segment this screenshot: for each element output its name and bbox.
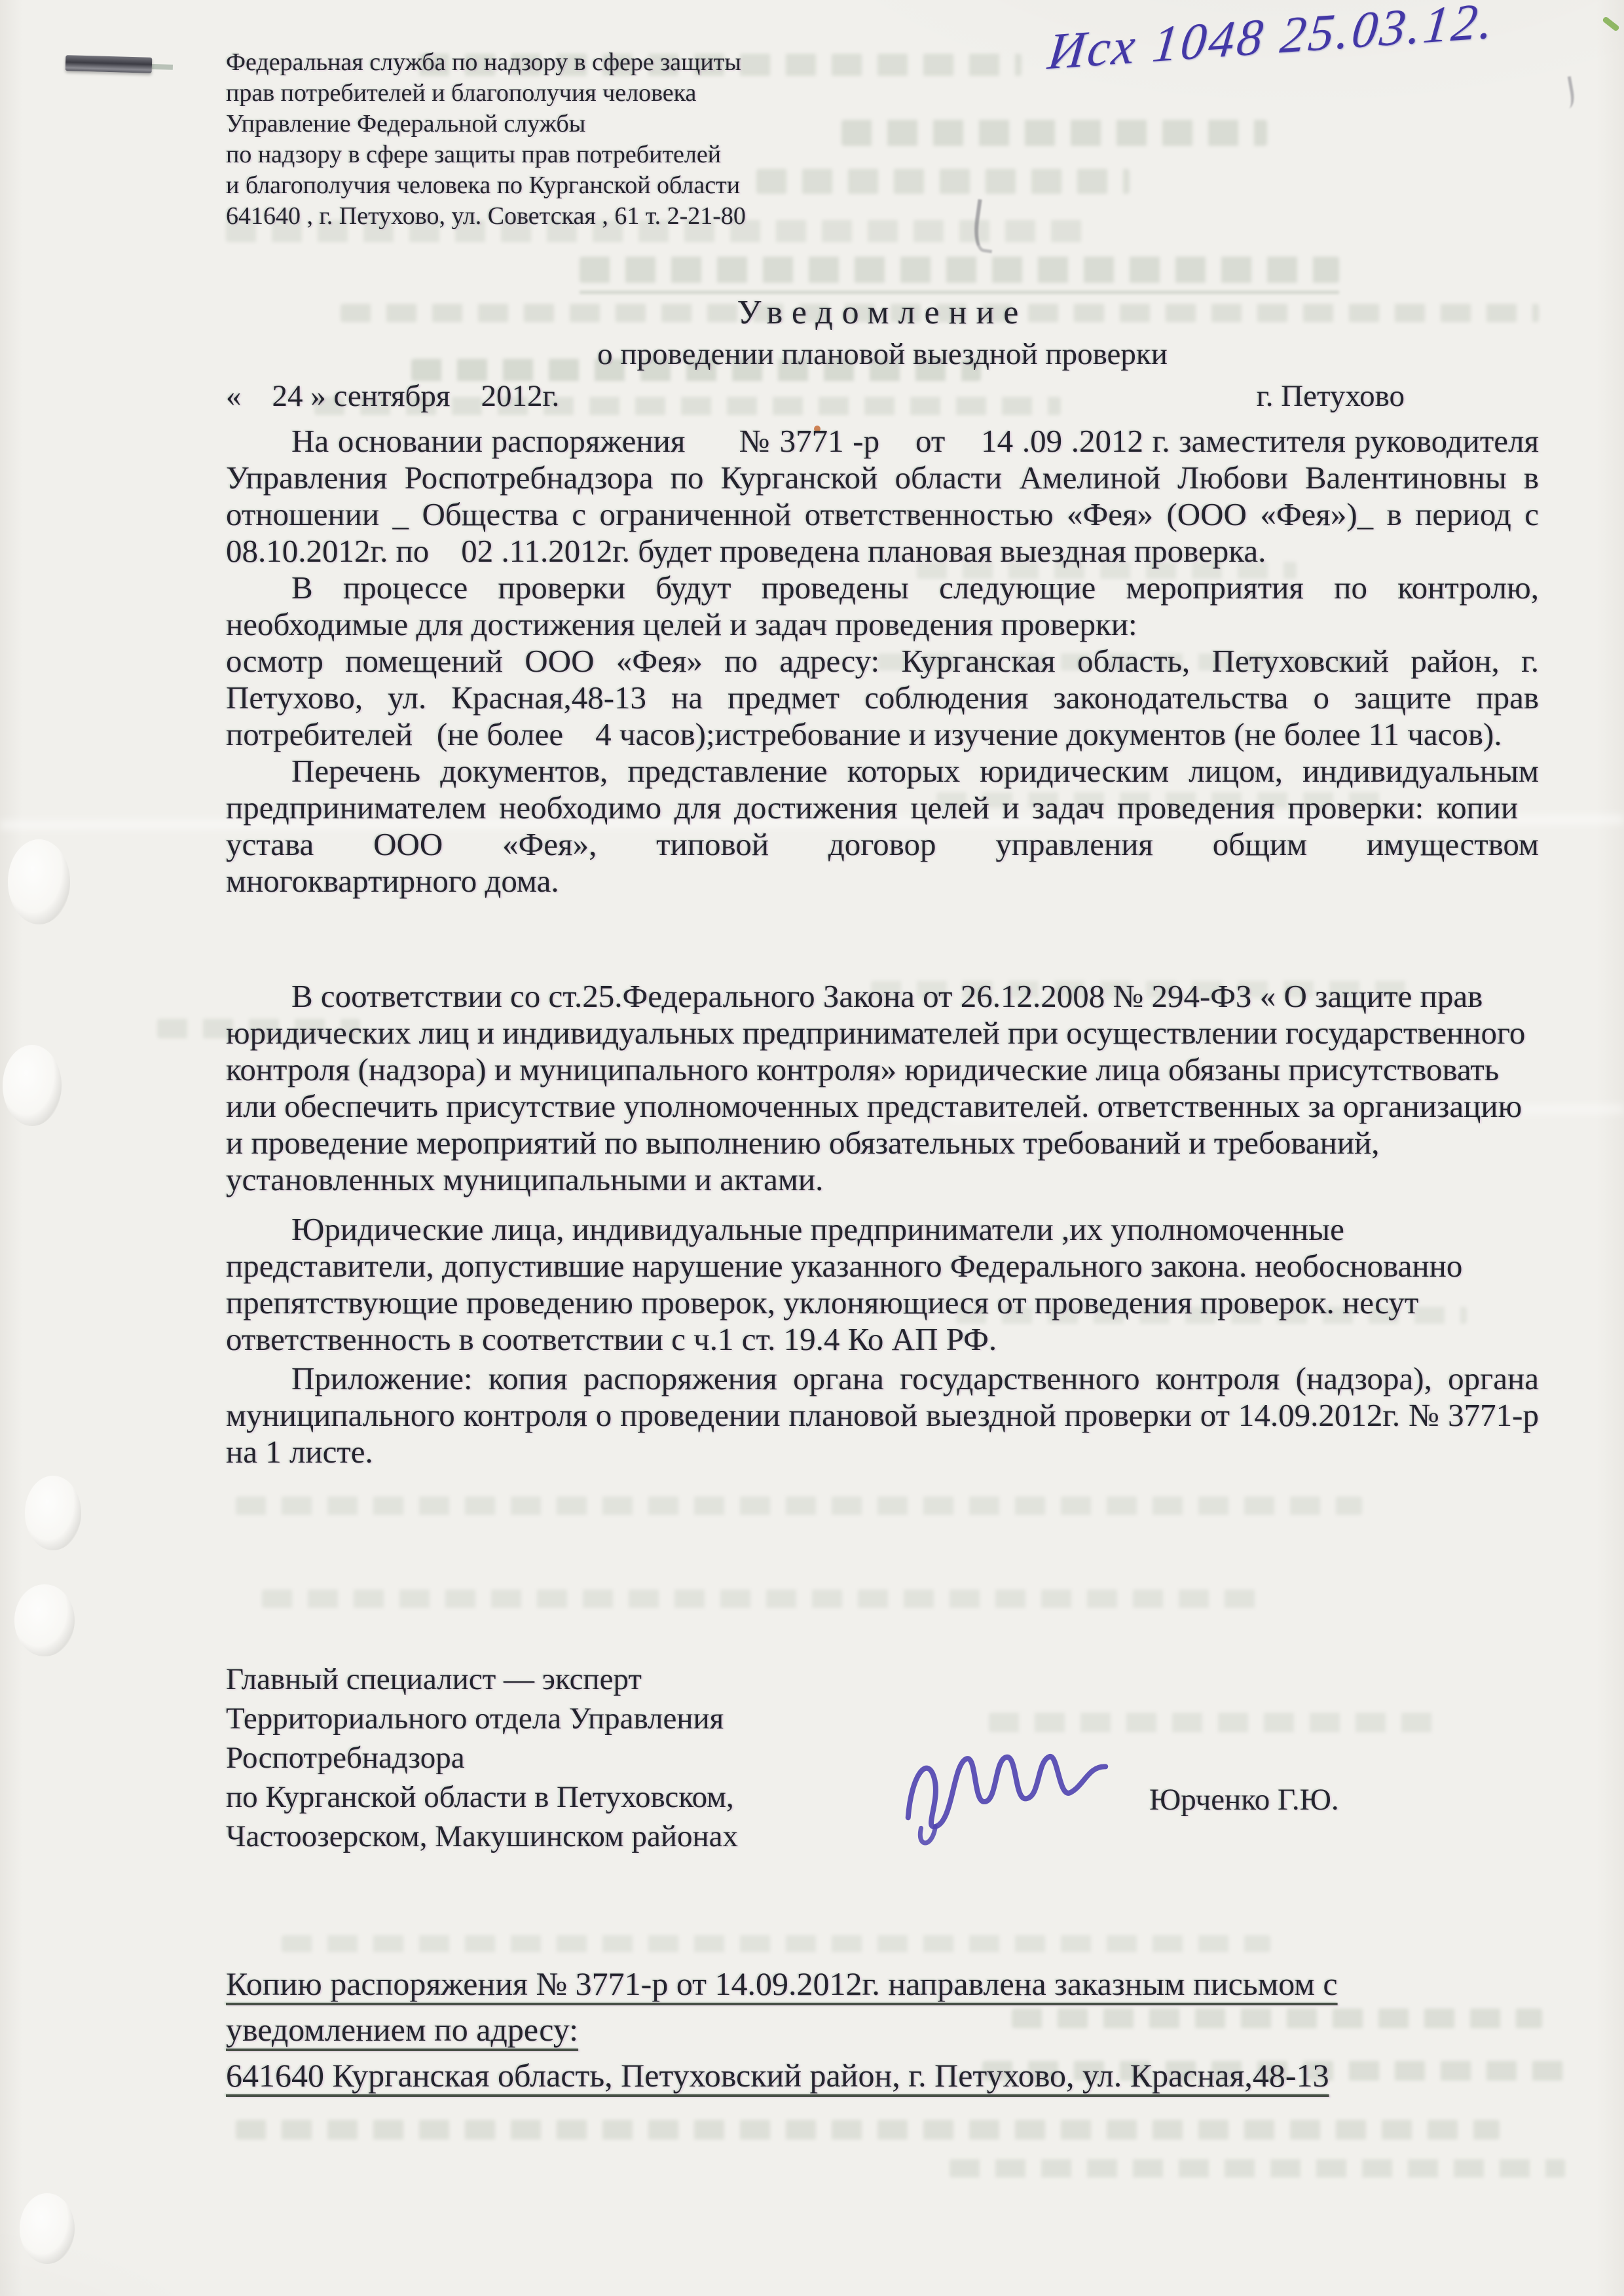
paragraph-order-basis: На основании распоряжения № 3771 -р от 1… (226, 423, 1539, 570)
document-date: « 24 » сентября 2012г. (226, 378, 559, 414)
paragraph-law-reference: В соответствии со ст.25.Федерального Зак… (226, 978, 1539, 1198)
footer-line: 641640 Курганская область, Петуховский р… (226, 2057, 1329, 2094)
bleedthrough-artifact (262, 1590, 1257, 1608)
letterhead-line: Управление Федеральной службы (226, 109, 1077, 139)
document-body: На основании распоряжения № 3771 -р от 1… (226, 423, 1539, 1470)
paragraph-inspection-activities-list: осмотр помещений ООО «Фея» по адресу: Ку… (226, 643, 1539, 753)
dateline: « 24 » сентября 2012г. г. Петухово (226, 378, 1539, 414)
bleedthrough-artifact (236, 2120, 1500, 2140)
punch-hole (14, 1584, 75, 1656)
document-place: г. Петухово (1257, 378, 1539, 414)
staple-mark (65, 55, 153, 73)
letterhead: Федеральная служба по надзору в сфере за… (226, 47, 1077, 232)
paragraph-liability: Юридические лица, индивидуальные предпри… (226, 1211, 1539, 1358)
handwritten-outgoing-number: Исх 1048 25.03.12. (1045, 0, 1574, 81)
paragraph-inspection-activities-intro: В процессе проверки будут проведены след… (226, 570, 1539, 643)
signoff-position-line: Главный специалист — эксперт (226, 1660, 1077, 1699)
bleedthrough-artifact (282, 1935, 1270, 1952)
punch-hole (25, 1476, 81, 1550)
pen-mark (1602, 16, 1620, 31)
letterhead-line: прав потребителей и благополучия человек… (226, 78, 1077, 109)
scanned-document-page: Исх 1048 25.03.12. Федеральная служба по… (0, 0, 1624, 2296)
letterhead-line: по надзору в сфере защиты прав потребите… (226, 139, 1077, 170)
footer-note: Копию распоряжения № 3771-р от 14.09.201… (226, 1961, 1575, 2098)
footer-line: уведомлением по адресу: (226, 2011, 578, 2048)
footer-line: Копию распоряжения № 3771-р от 14.09.201… (226, 1965, 1338, 2002)
paragraph-documents-list: Перечень документов, представление котор… (226, 753, 1539, 900)
punch-hole (8, 839, 70, 924)
letterhead-line: и благополучия человека по Курганской об… (226, 170, 1077, 201)
letterhead-address: 641640 , г. Петухово, ул. Советская , 61… (226, 201, 1077, 232)
document-subtitle: о проведении плановой выездной проверки (226, 337, 1539, 372)
bleedthrough-artifact (580, 257, 1339, 283)
signature-scribble (885, 1709, 1132, 1857)
smudge-mark (1556, 76, 1576, 109)
bleedthrough-artifact (950, 2159, 1565, 2178)
paragraph-attachment: Приложение: копия распоряжения органа го… (226, 1360, 1539, 1470)
punch-hole (20, 2193, 75, 2264)
punch-hole (3, 1045, 62, 1126)
document-title: Уведомление (226, 293, 1539, 332)
letterhead-line: Федеральная служба по надзору в сфере за… (226, 47, 1077, 78)
signatory-name: Юрченко Г.Ю. (1149, 1782, 1339, 1817)
bleedthrough-artifact (236, 1497, 1362, 1515)
